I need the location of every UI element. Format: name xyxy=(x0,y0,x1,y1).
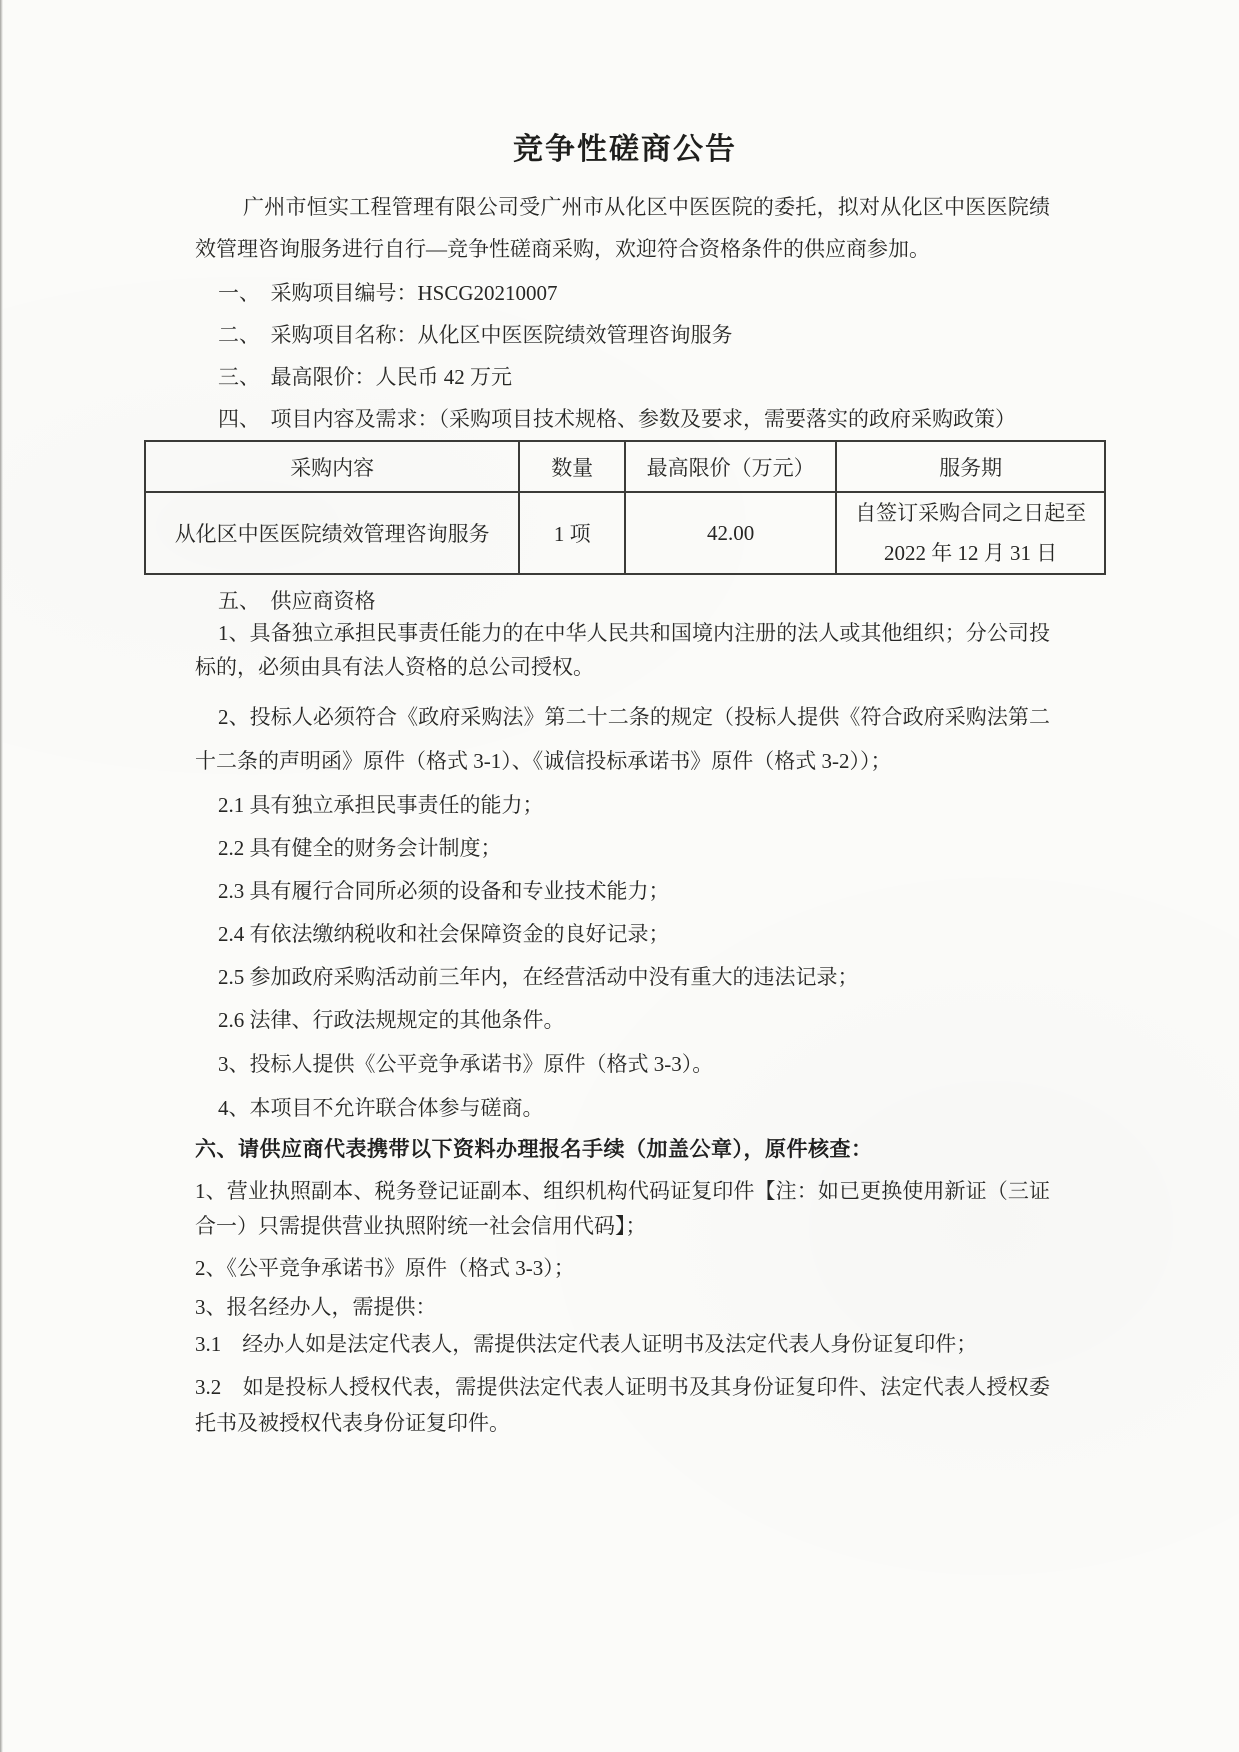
section5-item-2-1: 2.1 具有独立承担民事责任的能力； xyxy=(195,784,1050,826)
section5-heading: 五、 供应商资格 xyxy=(195,583,1050,619)
section5-item-1: 1、具备独立承担民事责任能力的在中华人民共和国境内注册的法人或其他组织；分公司投… xyxy=(195,616,1050,684)
section5-item-2-2: 2.2 具有健全的财务会计制度； xyxy=(195,827,1050,869)
section5-item-2-4: 2.4 有依法缴纳税收和社会保障资金的良好记录； xyxy=(195,913,1050,955)
procurement-table: 采购内容 数量 最高限价（万元） 服务期 从化区中医医院绩效管理咨询服务 1 项… xyxy=(144,440,1106,575)
section6-item-3-1: 3.1 经办人如是法定代表人，需提供法定代表人证明书及法定代表人身份证复印件； xyxy=(195,1326,1050,1363)
document-title: 竞争性磋商公告 xyxy=(144,128,1106,172)
section6-item-1: 1、营业执照副本、税务登记证副本、组织机构代码证复印件【注：如已更换使用新证（三… xyxy=(195,1174,1050,1244)
section6-item-3: 3、报名经办人，需提供： xyxy=(195,1289,1050,1326)
header-service-period: 服务期 xyxy=(836,441,1105,492)
cell-max-price: 42.00 xyxy=(625,492,836,574)
document-content: 竞争性磋商公告 广州市恒实工程管理有限公司受广州市从化区中医医院的委托，拟对从化… xyxy=(0,0,1239,1441)
service-period-line-1: 自签订采购合同之日起至 xyxy=(843,493,1098,533)
section6-heading: 六、请供应商代表携带以下资料办理报名手续（加盖公章），原件核查： xyxy=(195,1129,1050,1171)
item-project-requirements: 四、 项目内容及需求：（采购项目技术规格、参数及要求，需要落实的政府采购政策） xyxy=(195,398,1050,440)
section5-item-2-3: 2.3 具有履行合同所必须的设备和专业技术能力； xyxy=(195,870,1050,912)
cell-quantity: 1 项 xyxy=(519,492,625,574)
item-max-price: 三、 最高限价：人民币 42 万元 xyxy=(195,356,1050,398)
service-period-line-2: 2022 年 12 月 31 日 xyxy=(843,533,1098,573)
header-max-price: 最高限价（万元） xyxy=(625,441,836,492)
table-header-row: 采购内容 数量 最高限价（万元） 服务期 xyxy=(145,441,1105,492)
section5-item-4: 4、本项目不允许联合体参与磋商。 xyxy=(195,1087,1050,1129)
cell-service-period: 自签订采购合同之日起至 2022 年 12 月 31 日 xyxy=(836,492,1105,574)
section5-item-2: 2、投标人必须符合《政府采购法》第二十二条的规定（投标人提供《符合政府采购法第二… xyxy=(195,695,1050,783)
scanned-document-page: 竞争性磋商公告 广州市恒实工程管理有限公司受广州市从化区中医医院的委托，拟对从化… xyxy=(0,0,1239,1752)
header-procurement-content: 采购内容 xyxy=(145,441,519,492)
section6-item-2: 2、《公平竞争承诺书》原件（格式 3-3）； xyxy=(195,1247,1050,1289)
section5-item-3: 3、投标人提供《公平竞争承诺书》原件（格式 3-3）。 xyxy=(195,1043,1050,1085)
section5-item-2-5: 2.5 参加政府采购活动前三年内，在经营活动中没有重大的违法记录； xyxy=(195,956,1050,998)
intro-paragraph: 广州市恒实工程管理有限公司受广州市从化区中医医院的委托，拟对从化区中医医院绩效管… xyxy=(195,186,1050,270)
table-row: 从化区中医医院绩效管理咨询服务 1 项 42.00 自签订采购合同之日起至 20… xyxy=(145,492,1105,574)
cell-procurement-content: 从化区中医医院绩效管理咨询服务 xyxy=(145,492,519,574)
section6-item-3-2: 3.2 如是投标人授权代表，需提供法定代表人证明书及其身份证复印件、法定代表人授… xyxy=(195,1369,1050,1441)
item-project-number: 一、 采购项目编号：HSCG20210007 xyxy=(195,272,1050,314)
item-project-name: 二、 采购项目名称：从化区中医医院绩效管理咨询服务 xyxy=(195,314,1050,356)
section5-item-2-6: 2.6 法律、行政法规规定的其他条件。 xyxy=(195,999,1050,1041)
header-quantity: 数量 xyxy=(519,441,625,492)
